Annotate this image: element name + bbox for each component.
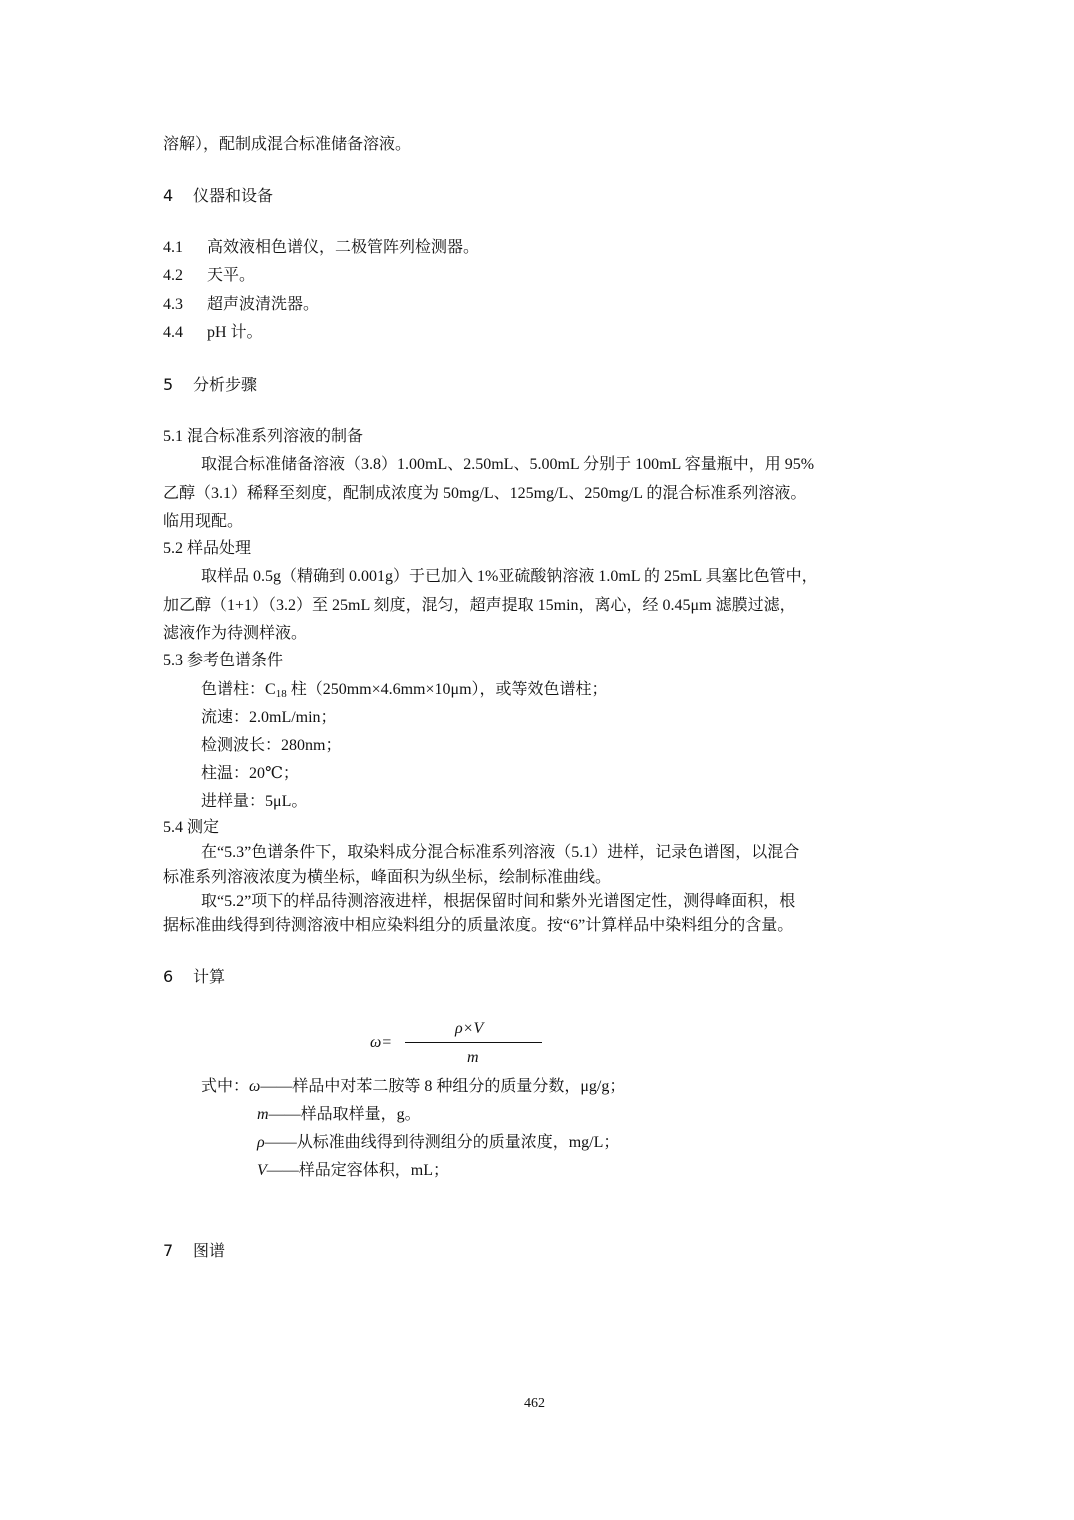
column-label: 色谱柱：C bbox=[201, 681, 276, 698]
section-number: 7 bbox=[163, 1241, 193, 1261]
section-title: 仪器和设备 bbox=[193, 186, 273, 205]
paragraph-line: 加乙醇（1+1）（3.2）至 25mL 刻度，混匀，超声提取 15min，离心，… bbox=[163, 596, 796, 616]
section-4-heading: 4仪器和设备 bbox=[163, 186, 273, 206]
subsection-5-1-heading: 5.1 混合标准系列溶液的制备 bbox=[163, 427, 363, 447]
section-7-heading: 7图谱 bbox=[163, 1241, 225, 1261]
item-number: 4.4 bbox=[163, 323, 207, 343]
variable-symbol: ω bbox=[249, 1078, 260, 1095]
item-number: 4.1 bbox=[163, 238, 207, 258]
section-6-heading: 6计算 bbox=[163, 967, 225, 987]
variable-description: ——样品定容体积，mL； bbox=[267, 1162, 449, 1179]
subsection-5-2-heading: 5.2 样品处理 bbox=[163, 539, 251, 559]
formula-numerator: ρ×V bbox=[455, 1019, 483, 1039]
column-spec: 柱（250mm×4.6mm×10μm），或等效色谱柱； bbox=[287, 681, 608, 698]
formula-denominator: m bbox=[467, 1048, 479, 1068]
list-item: 4.3超声波清洗器。 bbox=[163, 295, 319, 315]
condition-column: 色谱柱：C18 柱（250mm×4.6mm×10μm），或等效色谱柱； bbox=[201, 680, 608, 700]
paragraph-line: 乙醇（3.1）稀释至刻度，配制成浓度为 50mg/L、125mg/L、250mg… bbox=[163, 484, 806, 504]
list-item: 4.4pH 计。 bbox=[163, 323, 263, 343]
section-number: 6 bbox=[163, 967, 193, 987]
fraction-bar bbox=[405, 1042, 542, 1043]
condition-temperature: 柱温：20℃； bbox=[201, 764, 299, 784]
variable-symbol: V bbox=[257, 1162, 267, 1179]
variable-symbol: ρ bbox=[257, 1134, 265, 1151]
item-text: 超声波清洗器。 bbox=[207, 296, 319, 313]
condition-wavelength: 检测波长：280nm； bbox=[201, 736, 341, 756]
paragraph-line: 在“5.3”色谱条件下，取染料成分混合标准系列溶液（5.1）进样，记录色谱图，以… bbox=[201, 843, 799, 863]
list-item: 4.1高效液相色谱仪，二极管阵列检测器。 bbox=[163, 238, 479, 258]
variable-description: ——样品中对苯二胺等 8 种组分的质量分数，μg/g； bbox=[260, 1078, 625, 1095]
paragraph-line: 取“5.2”项下的样品待测溶液进样，根据保留时间和紫外光谱图定性，测得峰面积，根 bbox=[201, 892, 795, 912]
item-text: pH 计。 bbox=[207, 324, 263, 341]
item-number: 4.3 bbox=[163, 295, 207, 315]
section-title: 分析步骤 bbox=[193, 375, 257, 394]
continuation-text: 溶解），配制成混合标准储备溶液。 bbox=[163, 135, 411, 155]
condition-injection: 进样量：5μL。 bbox=[201, 792, 307, 812]
subsection-5-4-heading: 5.4 测定 bbox=[163, 818, 219, 838]
paragraph-line: 滤液作为待测样液。 bbox=[163, 624, 307, 644]
section-title: 图谱 bbox=[193, 1241, 225, 1260]
subscript: 18 bbox=[276, 688, 287, 700]
condition-flow: 流速：2.0mL/min； bbox=[201, 708, 337, 728]
paragraph-line: 标准系列溶液浓度为横坐标，峰面积为纵坐标，绘制标准曲线。 bbox=[163, 868, 611, 888]
item-text: 天平。 bbox=[207, 267, 255, 284]
list-item: 4.2天平。 bbox=[163, 266, 255, 286]
variable-description: ——样品取样量，g。 bbox=[269, 1106, 421, 1123]
section-number: 4 bbox=[163, 186, 193, 206]
paragraph-line: 据标准曲线得到待测溶液中相应染料组分的质量浓度。按“6”计算样品中染料组分的含量… bbox=[163, 916, 793, 936]
paragraph-line: 取样品 0.5g（精确到 0.001g）于已加入 1%亚硫酸钠溶液 1.0mL … bbox=[201, 567, 818, 587]
item-text: 高效液相色谱仪，二极管阵列检测器。 bbox=[207, 239, 479, 256]
variable-definition: 式中：ω——样品中对苯二胺等 8 种组分的质量分数，μg/g； bbox=[201, 1077, 625, 1097]
page-number: 462 bbox=[524, 1394, 545, 1414]
section-5-heading: 5分析步骤 bbox=[163, 375, 257, 395]
formula-lhs: ω= bbox=[370, 1033, 392, 1053]
paragraph-line: 取混合标准储备溶液（3.8）1.00mL、2.50mL、5.00mL 分别于 1… bbox=[201, 455, 814, 475]
section-number: 5 bbox=[163, 375, 193, 395]
item-number: 4.2 bbox=[163, 266, 207, 286]
variable-symbol: m bbox=[257, 1106, 269, 1123]
variable-definition: ρ——从标准曲线得到待测组分的质量浓度，mg/L； bbox=[257, 1133, 619, 1153]
variable-definition: V——样品定容体积，mL； bbox=[257, 1161, 449, 1181]
variable-description: ——从标准曲线得到待测组分的质量浓度，mg/L； bbox=[265, 1134, 620, 1151]
where-label: 式中： bbox=[201, 1078, 249, 1095]
variable-definition: m——样品取样量，g。 bbox=[257, 1105, 421, 1125]
section-title: 计算 bbox=[193, 967, 225, 986]
subsection-5-3-heading: 5.3 参考色谱条件 bbox=[163, 651, 283, 671]
paragraph-line: 临用现配。 bbox=[163, 512, 243, 532]
